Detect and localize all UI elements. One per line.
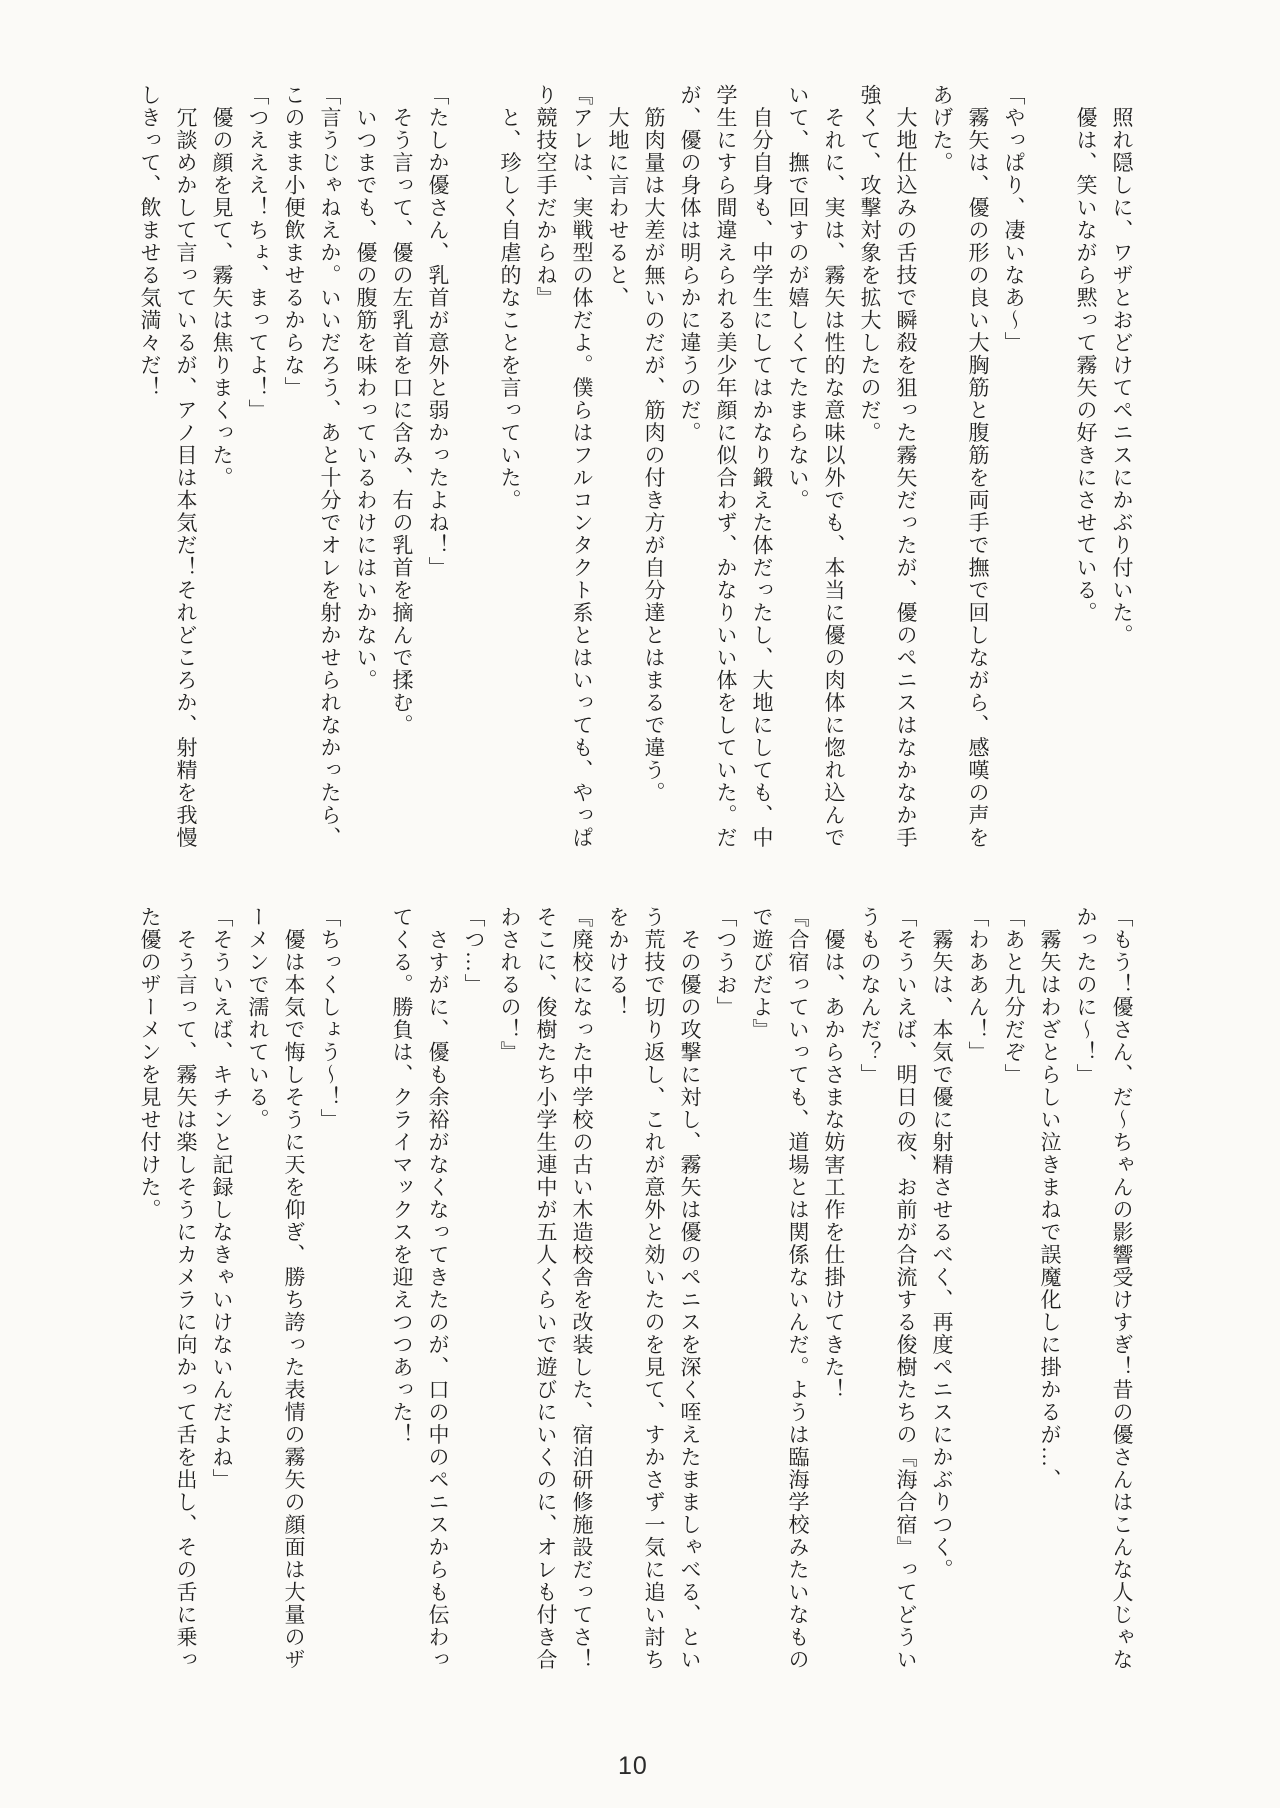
text-column: 「ちっくしょう～！」 xyxy=(312,906,348,1691)
text-column: そう言って、優の左乳首を口に含み、右の乳首を摘んで揉む。 xyxy=(384,84,420,869)
text-column: 優は、あからさまな妨害工作を仕掛けてきた！ xyxy=(816,906,852,1691)
text-column: 自分自身も、中学生にしてはかなり鍛えた体だったし、大地にしても、中 xyxy=(744,84,780,869)
bottom-text-block: 「もう！優さん、だ～ちゃんの影響受けすぎ！昔の優さんはこんな人じゃなかったのに～… xyxy=(132,906,1140,1691)
text-column: 優の顔を見て、霧矢は焦りまくった。 xyxy=(204,84,240,869)
text-column: 『廃校になった中学校の古い木造校舎を改装した、宿泊研修施設だってさ！ xyxy=(564,906,600,1691)
text-column: わされるの！』 xyxy=(492,906,528,1691)
text-column: そこに、俊樹たち小学生連中が五人くらいで遊びにいくのに、オレも付き合 xyxy=(528,906,564,1691)
top-text-block: 照れ隠しに、ワザとおどけてペニスにかぶり付いた。 優は、笑いながら黙って霧矢の好… xyxy=(132,84,1140,869)
text-column: 大地に言わせると、 xyxy=(600,84,636,869)
text-column: をかける！ xyxy=(600,906,636,1691)
text-column: 「言うじゃねえか。いいだろう、あと十分でオレを射かせられなかったら、 xyxy=(312,84,348,869)
text-column: 冗談めかして言っているが、アノ目は本気だ！それどころか、射精を我慢 xyxy=(168,84,204,869)
text-column: う荒技で切り返し、これが意外と効いたのを見て、すかさず一気に追い討ち xyxy=(636,906,672,1691)
text-column: あげた。 xyxy=(924,84,960,869)
scanned-novel-page: 照れ隠しに、ワザとおどけてペニスにかぶり付いた。 優は、笑いながら黙って霧矢の好… xyxy=(0,0,1280,1808)
text-column: その優の攻撃に対し、霧矢は優のペニスを深く咥えたまましゃべる、とい xyxy=(672,906,708,1691)
text-column: 「もう！優さん、だ～ちゃんの影響受けすぎ！昔の優さんはこんな人じゃな xyxy=(1104,906,1140,1691)
text-column: 強くて、攻撃対象を拡大したのだ。 xyxy=(852,84,888,869)
text-column: 優は、笑いながら黙って霧矢の好きにさせている。 xyxy=(1068,84,1104,869)
text-column: 筋肉量は大差が無いのだが、筋肉の付き方が自分達とはまるで違う。 xyxy=(636,84,672,869)
text-column: り競技空手だからね』 xyxy=(528,84,564,869)
text-column: かったのに～！」 xyxy=(1068,906,1104,1691)
text-column: それに、実は、霧矢は性的な意味以外でも、本当に優の肉体に惚れ込んで xyxy=(816,84,852,869)
text-column: た優のザーメンを見せ付けた。 xyxy=(132,906,168,1691)
text-column: 「つ…」 xyxy=(456,906,492,1691)
text-column: 「やっぱり、凄いなあ～」 xyxy=(996,84,1032,869)
text-column: いて、撫で回すのが嬉しくてたまらない。 xyxy=(780,84,816,869)
text-column: 『合宿っていっても、道場とは関係ないんだ。ようは臨海学校みたいなもの xyxy=(780,906,816,1691)
text-column: 「あと九分だぞ」 xyxy=(996,906,1032,1691)
text-column: このまま小便飲ませるからな」 xyxy=(276,84,312,869)
text-column: で遊びだよ』 xyxy=(744,906,780,1691)
text-column: 学生にすら間違えられる美少年顔に似合わず、かなりいい体をしていた。だ xyxy=(708,84,744,869)
text-column: いつまでも、優の腹筋を味わっているわけにはいかない。 xyxy=(348,84,384,869)
text-column: 「たしか優さん、乳首が意外と弱かったよね！」 xyxy=(420,84,456,869)
text-column: 「そういえば、キチンと記録しなきゃいけないんだよね」 xyxy=(204,906,240,1691)
text-column: 「わああん！」 xyxy=(960,906,996,1691)
text-column: が、優の身体は明らかに違うのだ。 xyxy=(672,84,708,869)
text-column: 照れ隠しに、ワザとおどけてペニスにかぶり付いた。 xyxy=(1104,84,1140,869)
text-column: 「つえええ！ちょ、まってよ！」 xyxy=(240,84,276,869)
text-column: と、珍しく自虐的なことを言っていた。 xyxy=(492,84,528,869)
text-column: 霧矢は、本気で優に射精させるべく、再度ペニスにかぶりつく。 xyxy=(924,906,960,1691)
text-column: 『アレは、実戦型の体だよ。僕らはフルコンタクト系とはいっても、やっぱ xyxy=(564,84,600,869)
text-column: 「そういえば、明日の夜、お前が合流する俊樹たちの『海合宿』ってどうい xyxy=(888,906,924,1691)
text-column: うものなんだ？」 xyxy=(852,906,888,1691)
text-column: てくる。勝負は、クライマックスを迎えつつあった！ xyxy=(384,906,420,1691)
text-column xyxy=(456,84,492,869)
text-column: さすがに、優も余裕がなくなってきたのが、口の中のペニスからも伝わっ xyxy=(420,906,456,1691)
text-column: 霧矢はわざとらしい泣きまねで誤魔化しに掛かるが…、 xyxy=(1032,906,1068,1691)
text-column: ーメンで濡れている。 xyxy=(240,906,276,1691)
text-column: 霧矢は、優の形の良い大胸筋と腹筋を両手で撫で回しながら、感嘆の声を xyxy=(960,84,996,869)
page-number: 10 xyxy=(618,1752,648,1781)
text-column: そう言って、霧矢は楽しそうにカメラに向かって舌を出し、その舌に乗っ xyxy=(168,906,204,1691)
text-column: しきって、飲ませる気満々だ！ xyxy=(132,84,168,869)
text-column: 優は本気で悔しそうに天を仰ぎ、勝ち誇った表情の霧矢の顔面は大量のザ xyxy=(276,906,312,1691)
text-column xyxy=(348,906,384,1691)
text-column: 「つうお」 xyxy=(708,906,744,1691)
text-column xyxy=(1032,84,1068,869)
text-column: 大地仕込みの舌技で瞬殺を狙った霧矢だったが、優のペニスはなかなか手 xyxy=(888,84,924,869)
